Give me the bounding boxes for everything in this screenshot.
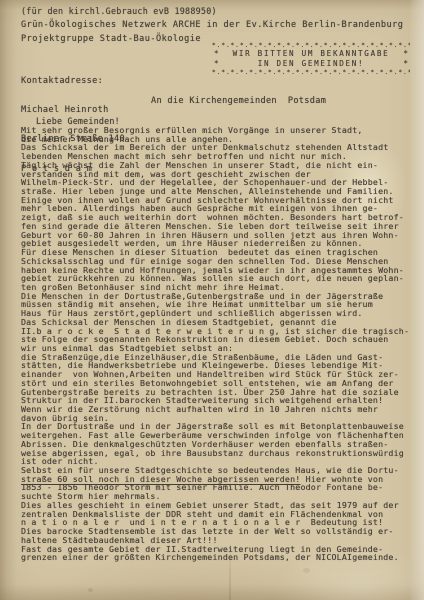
- stamp-side-right-icon: *: [403, 59, 408, 69]
- letter-body: Mit sehr großer Besorgnis erfüllen mich …: [21, 126, 424, 562]
- stamp-side-left-icon: *: [214, 59, 219, 69]
- stamp-text-1: WIR BITTEN UM BEKANNTGABE: [233, 49, 390, 59]
- letter-page: (für den kirchl.Gebrauch evB 1988950) Gr…: [0, 0, 424, 600]
- paper-stain: [303, 568, 310, 573]
- stamp-border-top: *.*.*.*.*.*.*.*.*.*.*.*.*.*.*.*.*.*.*.*.…: [212, 42, 410, 49]
- paper-stain: [88, 588, 93, 592]
- org-name-line: Grün-Ökologisches Netzwerk ARCHE in der …: [21, 20, 403, 30]
- stamp-text-2: IN DEN GEMEINDEN!: [258, 59, 365, 69]
- announcement-stamp: *.*.*.*.*.*.*.*.*.*.*.*.*.*.*.*.*.*.*.*.…: [212, 42, 410, 76]
- stamp-side-left-icon: *: [214, 49, 219, 59]
- stamp-border-bottom: *.*.*.*.*.*.*.*.*.*.*.*.*.*.*.*.*.*.*.*.…: [212, 69, 410, 76]
- letter-line: grenzen einer der größten Kirchengemeind…: [21, 553, 424, 562]
- contact-name: Michael Heinroth: [21, 106, 125, 116]
- contact-label: Kontaktadresse:: [21, 77, 125, 87]
- stamp-line-1: * WIR BITTEN UM BEKANNTGABE *: [212, 49, 410, 59]
- stamp-side-right-icon: *: [403, 49, 408, 59]
- usage-note: (für den kirchl.Gebrauch evB 1988950): [21, 6, 217, 16]
- recipient-line: An die Kirchengemeinden Potsdam: [151, 96, 326, 106]
- project-group-line: Projektgruppe Stadt-Bau-Ökologie: [21, 34, 201, 44]
- stamp-line-2: * IN DEN GEMEINDEN! *: [212, 59, 410, 69]
